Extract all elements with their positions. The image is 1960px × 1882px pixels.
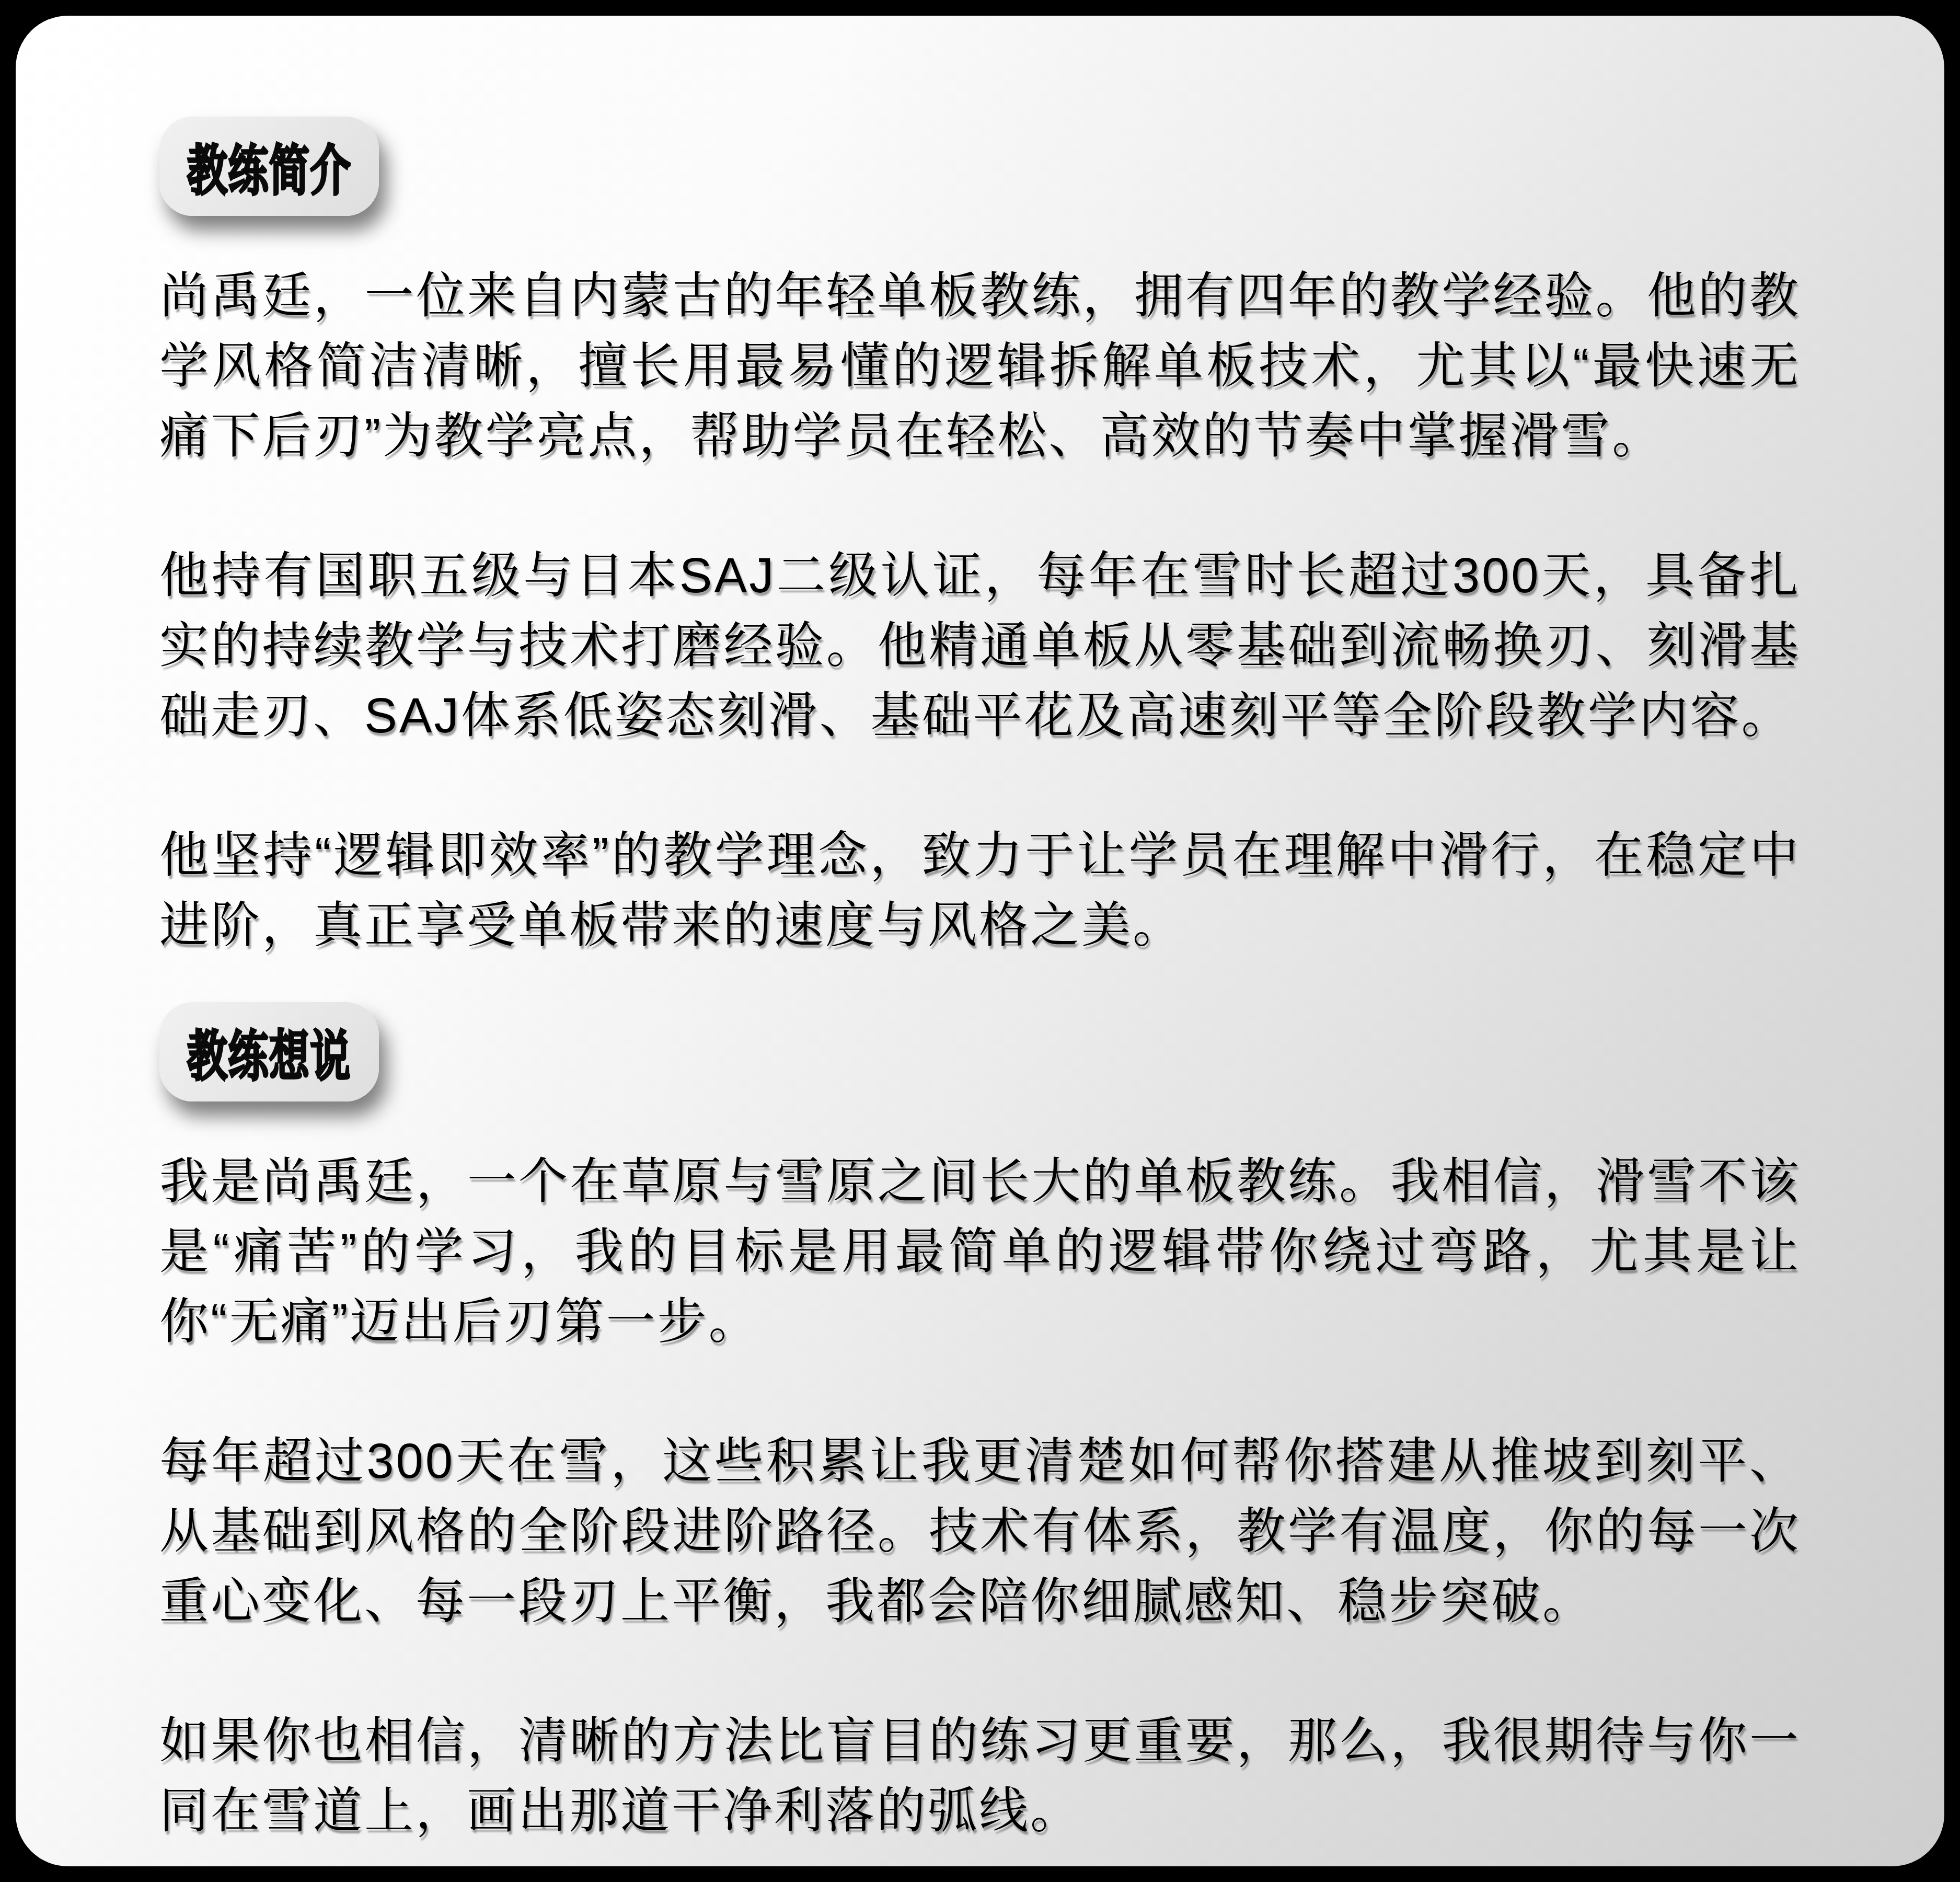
- badge-coach-says: 教练想说: [159, 1002, 379, 1101]
- intro-paragraph-1: 尚禹廷，一位来自内蒙古的年轻单板教练，拥有四年的教学经验。他的教学风格简洁清晰，…: [159, 261, 1801, 471]
- intro-paragraph-2: 他持有国职五级与日本SAJ二级认证，每年在雪时长超过300天，具备扎实的持续教学…: [159, 541, 1801, 751]
- says-paragraph-2: 每年超过300天在雪，这些积累让我更清楚如何帮你搭建从推坡到刻平、从基础到风格的…: [159, 1426, 1801, 1636]
- coach-profile-card: 教练简介 尚禹廷，一位来自内蒙古的年轻单板教练，拥有四年的教学经验。他的教学风格…: [16, 16, 1944, 1866]
- says-paragraph-1: 我是尚禹廷，一个在草原与雪原之间长大的单板教练。我相信，滑雪不该是“痛苦”的学习…: [159, 1146, 1801, 1357]
- badge-coach-says-label: 教练想说: [187, 1013, 351, 1091]
- badge-coach-intro: 教练简介: [159, 117, 379, 216]
- page-background: 教练简介 尚禹廷，一位来自内蒙古的年轻单板教练，拥有四年的教学经验。他的教学风格…: [0, 0, 1960, 1882]
- intro-paragraph-3: 他坚持“逻辑即效率”的教学理念，致力于让学员在理解中滑行，在稳定中进阶，真正享受…: [159, 820, 1801, 960]
- card-content: 教练简介 尚禹廷，一位来自内蒙古的年轻单板教练，拥有四年的教学经验。他的教学风格…: [16, 16, 1944, 1846]
- says-paragraph-3: 如果你也相信，清晰的方法比盲目的练习更重要，那么，我很期待与你一同在雪道上，画出…: [159, 1706, 1801, 1846]
- badge-coach-intro-label: 教练简介: [187, 127, 351, 205]
